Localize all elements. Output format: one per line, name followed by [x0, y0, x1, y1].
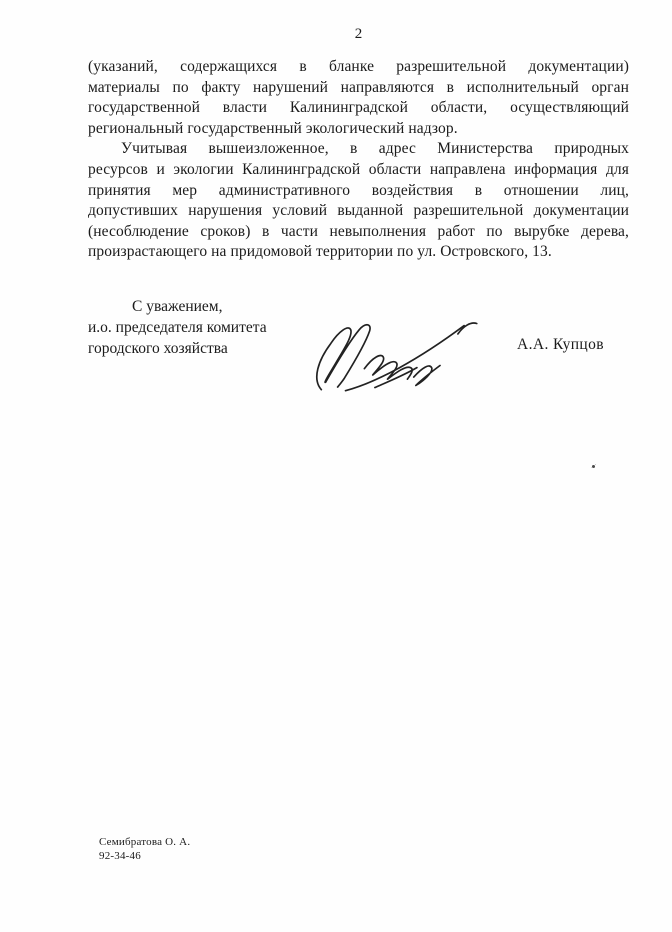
body-line: (несоблюдение сроков) в части невыполнен…: [88, 222, 629, 243]
document-page: 2 (указаний, содержащихся в бланке разре…: [0, 0, 672, 932]
body-line: Учитывая вышеизложенное, в адрес Министе…: [88, 139, 629, 160]
scan-artifact-dot: [592, 465, 595, 468]
letter-body: (указаний, содержащихся в бланке разреши…: [88, 57, 629, 263]
signer-position-line: городского хозяйства: [88, 339, 348, 360]
body-line: региональный государственный экологическ…: [88, 119, 629, 140]
executor-name: Семибратова О. А.: [99, 836, 190, 850]
signer-name: А.А. Купцов: [517, 336, 604, 354]
signature-block: С уважением, и.о. председателя комитета …: [88, 297, 348, 359]
body-line: принятия мер административного воздейств…: [88, 181, 629, 202]
executor-footer: Семибратова О. А. 92-34-46: [99, 836, 190, 863]
body-line: материалы по факту нарушений направляютс…: [88, 78, 629, 99]
page-number: 2: [88, 26, 629, 43]
executor-phone: 92-34-46: [99, 850, 190, 864]
body-line: произрастающего на придомовой территории…: [88, 242, 629, 263]
body-line: (указаний, содержащихся в бланке разреши…: [88, 57, 629, 78]
body-line: допустивших нарушения условий выданной р…: [88, 201, 629, 222]
signer-position-line: и.о. председателя комитета: [88, 318, 348, 339]
handwritten-signature-icon: [314, 312, 482, 398]
body-line: государственной власти Калининградской о…: [88, 98, 629, 119]
salutation: С уважением,: [88, 297, 348, 318]
body-line: ресурсов и экологии Калининградской обла…: [88, 160, 629, 181]
